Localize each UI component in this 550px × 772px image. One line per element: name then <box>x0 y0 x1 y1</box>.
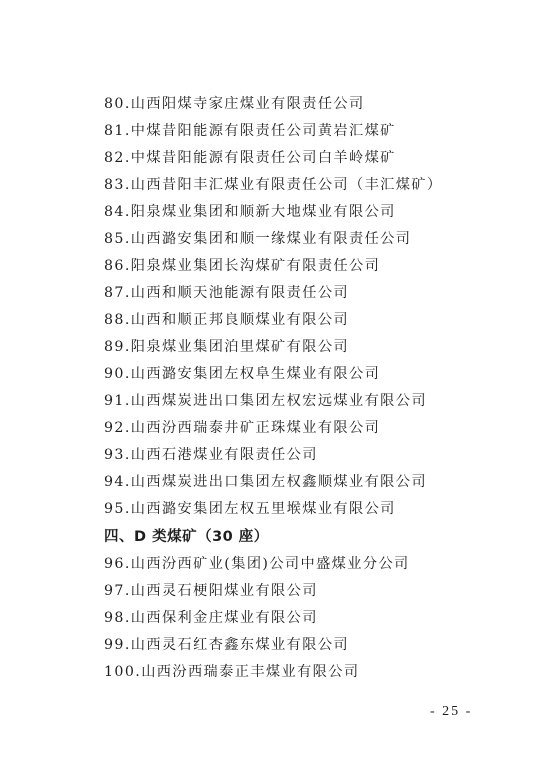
list-item: 86.阳泉煤业集团长沟煤矿有限责任公司 <box>104 257 380 275</box>
list-item: 85.山西潞安集团和顺一缘煤业有限责任公司 <box>104 230 411 248</box>
list-item: 96.山西汾西矿业(集团)公司中盛煤业分公司 <box>104 555 410 573</box>
list-item: 99.山西灵石红杏鑫东煤业有限公司 <box>104 636 349 654</box>
list-item: 90.山西潞安集团左权阜生煤业有限公司 <box>104 365 380 383</box>
section-heading: 四、D 类煤矿（30 座） <box>104 528 269 546</box>
list-item: 94.山西煤炭进出口集团左权鑫顺煤业有限公司 <box>104 473 427 491</box>
list-item: 80.山西阳煤寺家庄煤业有限责任公司 <box>104 95 365 113</box>
list-item: 100.山西汾西瑞泰正丰煤业有限公司 <box>104 663 359 681</box>
list-item: 84.阳泉煤业集团和顺新大地煤业有限公司 <box>104 203 396 221</box>
list-item: 83.山西昔阳丰汇煤业有限责任公司（丰汇煤矿） <box>104 176 443 194</box>
list-item: 81.中煤昔阳能源有限责任公司黄岩汇煤矿 <box>104 122 396 140</box>
document-page: 80.山西阳煤寺家庄煤业有限责任公司 81.中煤昔阳能源有限责任公司黄岩汇煤矿 … <box>0 0 550 772</box>
list-item: 87.山西和顺天池能源有限责任公司 <box>104 284 349 302</box>
list-item: 95.山西潞安集团左权五里堠煤业有限公司 <box>104 500 396 518</box>
page-number: - 25 - <box>430 704 472 720</box>
list-item: 91.山西煤炭进出口集团左权宏远煤业有限公司 <box>104 392 427 410</box>
list-item: 98.山西保利金庄煤业有限公司 <box>104 609 318 627</box>
list-item: 82.中煤昔阳能源有限责任公司白羊岭煤矿 <box>104 149 396 167</box>
list-item: 97.山西灵石梗阳煤业有限公司 <box>104 582 318 600</box>
list-item: 93.山西石港煤业有限责任公司 <box>104 446 318 464</box>
list-item: 89.阳泉煤业集团泊里煤矿有限公司 <box>104 338 349 356</box>
list-item: 92.山西汾西瑞泰井矿正珠煤业有限公司 <box>104 419 380 437</box>
list-item: 88.山西和顺正邦良顺煤业有限公司 <box>104 311 349 329</box>
